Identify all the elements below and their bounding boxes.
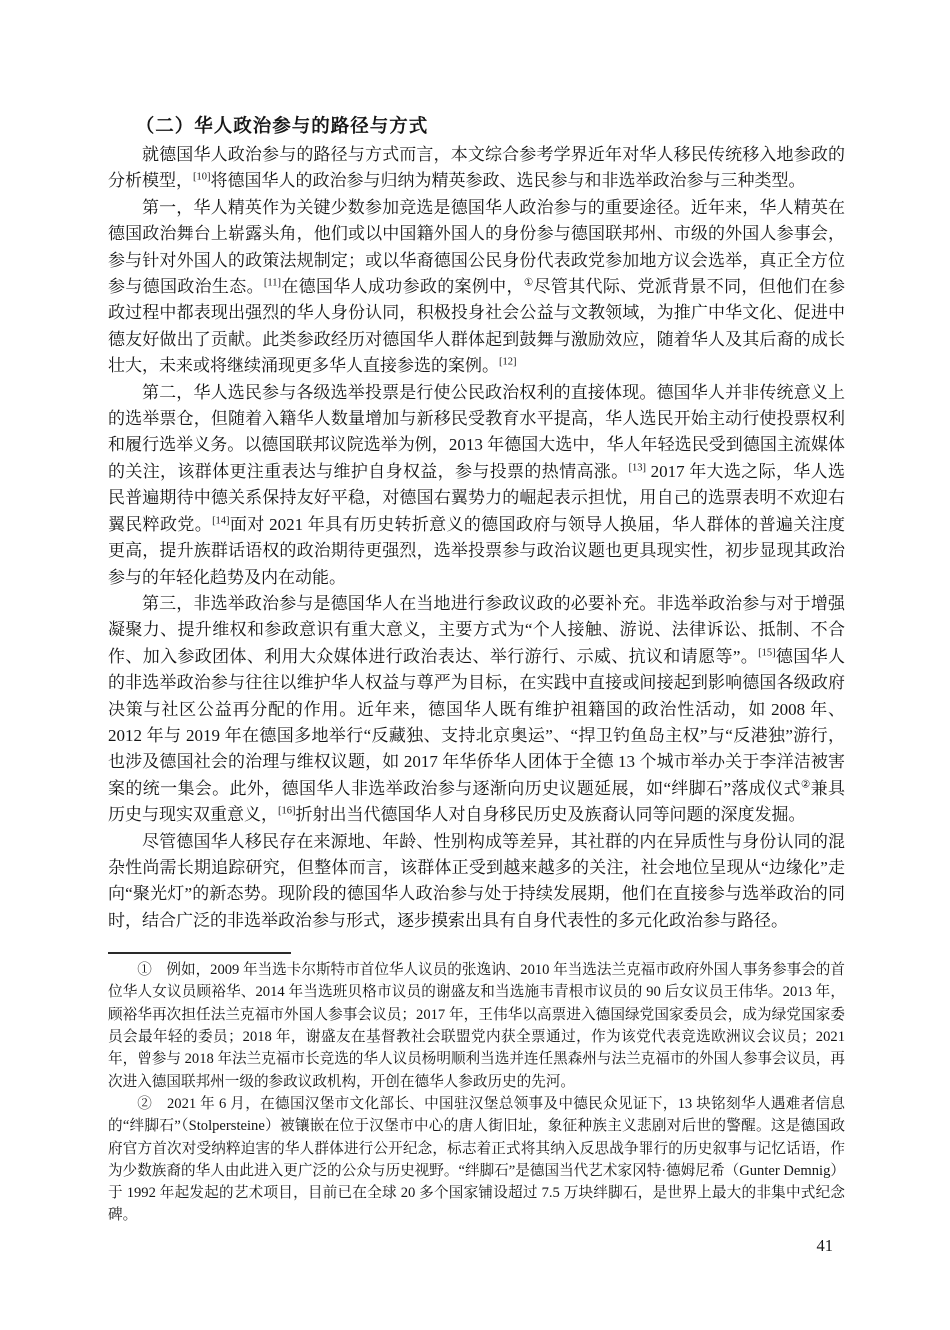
- section-heading: （二）华人政治参与的路径与方式: [108, 112, 845, 142]
- body-paragraph: 第三，非选举政治参与是德国华人在当地进行参政议政的必要补充。非选举政治参与对于增…: [108, 591, 845, 829]
- body-paragraph: 尽管德国华人移民存在来源地、年龄、性别构成等差异，其社群的内在异质性与身份认同的…: [108, 829, 845, 935]
- body-paragraph: 就德国华人政治参与的路径与方式而言，本文综合参考学界近年对华人移民传统移入地参政…: [108, 142, 845, 195]
- footnote-list: ① 例如，2009 年当选卡尔斯特市首位华人议员的张逸讷、2010 年当选法兰克…: [108, 959, 845, 1227]
- article-content: （二）华人政治参与的路径与方式 就德国华人政治参与的路径与方式而言，本文综合参考…: [108, 112, 845, 1227]
- note-reference: [15]: [758, 647, 776, 658]
- note-reference: [10]: [193, 172, 211, 183]
- page-number: 41: [817, 1236, 834, 1256]
- footnote-item: ① 例如，2009 年当选卡尔斯特市首位华人议员的张逸讷、2010 年当选法兰克…: [108, 959, 845, 1093]
- article-body: 就德国华人政治参与的路径与方式而言，本文综合参考学界近年对华人移民传统移入地参政…: [108, 142, 845, 934]
- note-reference: ①: [524, 277, 534, 288]
- document-page: （二）华人政治参与的路径与方式 就德国华人政治参与的路径与方式而言，本文综合参考…: [0, 0, 950, 1330]
- note-reference: [14]: [212, 515, 230, 526]
- note-reference: [12]: [499, 357, 517, 368]
- note-reference: [13]: [629, 462, 647, 473]
- note-reference: ②: [801, 779, 811, 790]
- footnote-item: ② 2021 年 6 月，在德国汉堡市文化部长、中国驻汉堡总领事及中德民众见证下…: [108, 1093, 845, 1227]
- body-paragraph: 第一，华人精英作为关键少数参加竞选是德国华人政治参与的重要途径。近年来，华人精英…: [108, 195, 845, 380]
- footnote-divider: [108, 952, 291, 954]
- note-reference: [11]: [264, 277, 281, 288]
- body-paragraph: 第二，华人选民参与各级选举投票是行使公民政治权利的直接体现。德国华人并非传统意义…: [108, 380, 845, 591]
- note-reference: [16]: [278, 806, 296, 817]
- footnote-area: ① 例如，2009 年当选卡尔斯特市首位华人议员的张逸讷、2010 年当选法兰克…: [108, 952, 845, 1227]
